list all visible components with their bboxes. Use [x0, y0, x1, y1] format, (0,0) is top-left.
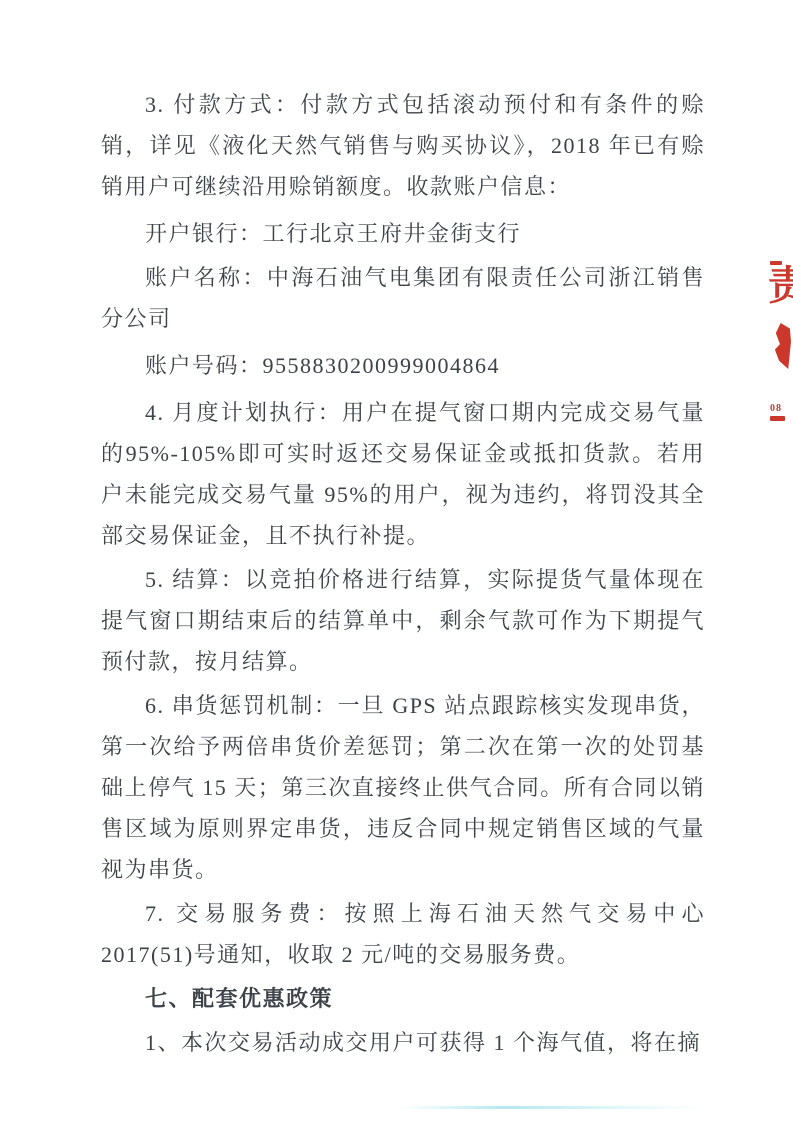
paragraph-bank-line: 开户银行：工行北京王府井金街支行: [101, 213, 705, 254]
red-seal-fragment-mark-bar: [770, 416, 785, 421]
scanned-document-page: 3. 付款方式：付款方式包括滚动预付和有条件的赊销，详见《液化天然气销售与购买协…: [0, 0, 793, 1123]
paragraph-cross-selling-penalty: 6. 串货惩罚机制：一旦 GPS 站点跟踪核实发现串货，第一次给予两倍串货价差惩…: [101, 685, 705, 890]
paragraph-settlement: 5. 结算：以竞拍价格进行结算，实际提货气量体现在提气窗口期结束后的结算单中，剩…: [101, 559, 705, 682]
red-seal-fragment-mark: 08: [770, 403, 782, 415]
section-heading-preferential-policy: 七、配套优惠政策: [101, 978, 705, 1019]
paragraph-benefit-first-line: 1、本次交易活动成交用户可获得 1 个海气值，将在摘: [101, 1022, 705, 1063]
paragraph-payment-method: 3. 付款方式：付款方式包括滚动预付和有条件的赊销，详见《液化天然气销售与购买协…: [101, 84, 705, 207]
scan-artifact-streak: [400, 1106, 700, 1109]
red-seal-fragment-blob: [768, 323, 791, 369]
paragraph-account-name: 账户名称：中海石油气电集团有限责任公司浙江销售分公司: [101, 257, 705, 339]
document-text-block: 3. 付款方式：付款方式包括滚动预付和有条件的赊销，详见《液化天然气销售与购买协…: [101, 84, 705, 1066]
paragraph-service-fee: 7. 交易服务费：按照上海石油天然气交易中心 2017(51)号通知，收取 2 …: [101, 893, 705, 975]
paragraph-account-number: 账户号码：9558830200999004864: [101, 345, 705, 386]
paragraph-monthly-plan: 4. 月度计划执行：用户在提气窗口期内完成交易气量的95%-105%即可实时返还…: [101, 392, 705, 556]
red-seal-fragment-char: 责: [768, 262, 793, 310]
